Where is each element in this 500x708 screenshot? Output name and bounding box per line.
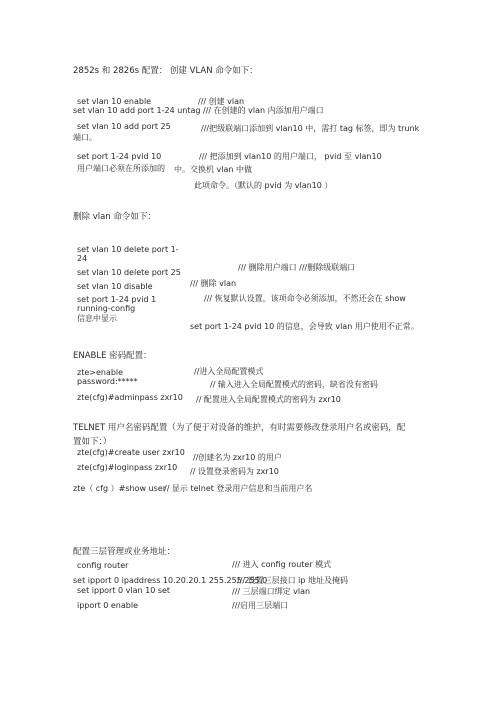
command-line: 端口。 bbox=[73, 133, 97, 143]
command-comment: // 设置登录密码为 zxr10 bbox=[190, 467, 279, 477]
section-heading-create-vlan: 2852s 和 2826s 配置： 创建 VLAN 命令如下： bbox=[73, 66, 258, 76]
command-line: 用户端口必须在所添加的 bbox=[77, 164, 165, 174]
command-comment: // 输入进入全局配置模式的密码，缺省没有密码 bbox=[210, 380, 378, 390]
command-comment: /// 三层端口绑定 vlan bbox=[232, 587, 310, 597]
section-heading-layer3: 配置三层管理或业务地址： bbox=[73, 547, 175, 557]
command-comment: set port 1-24 pvid 10 的信息，会导致 vlan 用户使用不… bbox=[190, 322, 419, 332]
command-line: password:***** bbox=[77, 377, 138, 387]
command-line: zte(cfg)#create user zxr10 bbox=[77, 448, 185, 458]
command-line: 信息中显示 bbox=[77, 314, 117, 324]
command-line: set vlan 10 add port 1-24 untag bbox=[73, 106, 200, 116]
command-comment: ///启用三层端口 bbox=[232, 601, 288, 611]
command-line: set ipport 0 vlan 10 set bbox=[77, 586, 170, 596]
command-comment: /// 设置三层接口 ip 地址及掩码 bbox=[237, 576, 348, 586]
section-heading-delete-vlan: 删除 vlan 命令如下： bbox=[73, 212, 156, 222]
command-line: config router bbox=[77, 561, 128, 571]
command-line: 24 bbox=[77, 254, 87, 264]
command-comment: /// 删除用户端口 ///删除级联端口 bbox=[238, 263, 355, 273]
command-line: zte(cfg)#adminpass zxr10 bbox=[77, 393, 183, 403]
command-line: set vlan 10 delete port 1- bbox=[77, 245, 179, 255]
command-line: set vlan 10 add port 25 bbox=[77, 122, 171, 132]
command-line: set vlan 10 disable bbox=[77, 282, 153, 292]
section-heading-enable-password: ENABLE 密码配置： bbox=[73, 351, 152, 361]
command-comment: //创建名为 zxr10 的用户 bbox=[193, 453, 282, 463]
command-comment: /// 把添加到 vlan10 的用户端口， pvid 至 vlan10 bbox=[199, 152, 382, 162]
command-line: set port 1-24 pvid 10 bbox=[77, 152, 161, 162]
command-comment: ///把级联端口添加到 vlan10 中，需打 tag 标签，即为 trunk bbox=[201, 124, 419, 134]
section-heading-telnet-cont: 置如下：） bbox=[73, 437, 111, 447]
command-comment: // 显示 telnet 登录用户信息和当前用户名 bbox=[164, 484, 312, 494]
section-heading-telnet: TELNET 用户名密码配置（为了便于对设备的维护，有时需要修改登录用户名或密码… bbox=[73, 423, 405, 433]
command-comment: 此项命令。（默认的 pvid 为 vlan10 ） bbox=[194, 181, 332, 191]
command-comment: // 配置进入全局配置模式的密码为 zxr10 bbox=[196, 395, 341, 405]
command-comment: //进入全局配置模式 bbox=[194, 367, 263, 377]
command-line: ipport 0 enable bbox=[77, 601, 138, 611]
command-comment: /// 删除 vlan bbox=[190, 279, 236, 289]
command-comment: /// 进入 config router 模式 bbox=[232, 560, 331, 570]
command-comment: /// 在创建的 vlan 内添加用户端口 bbox=[203, 106, 324, 116]
command-line: set vlan 10 delete port 25 bbox=[77, 268, 181, 278]
command-line: running-config bbox=[77, 304, 135, 314]
command-line: zte（ cfg ）#show user bbox=[73, 484, 166, 494]
command-comment: 中。交换机 vlan 中做 bbox=[174, 165, 252, 175]
command-comment: /// 恢复默认设置，该项命令必须添加，不然还会在 show bbox=[204, 294, 406, 304]
command-line: zte(cfg)#loginpass zxr10 bbox=[77, 463, 177, 473]
